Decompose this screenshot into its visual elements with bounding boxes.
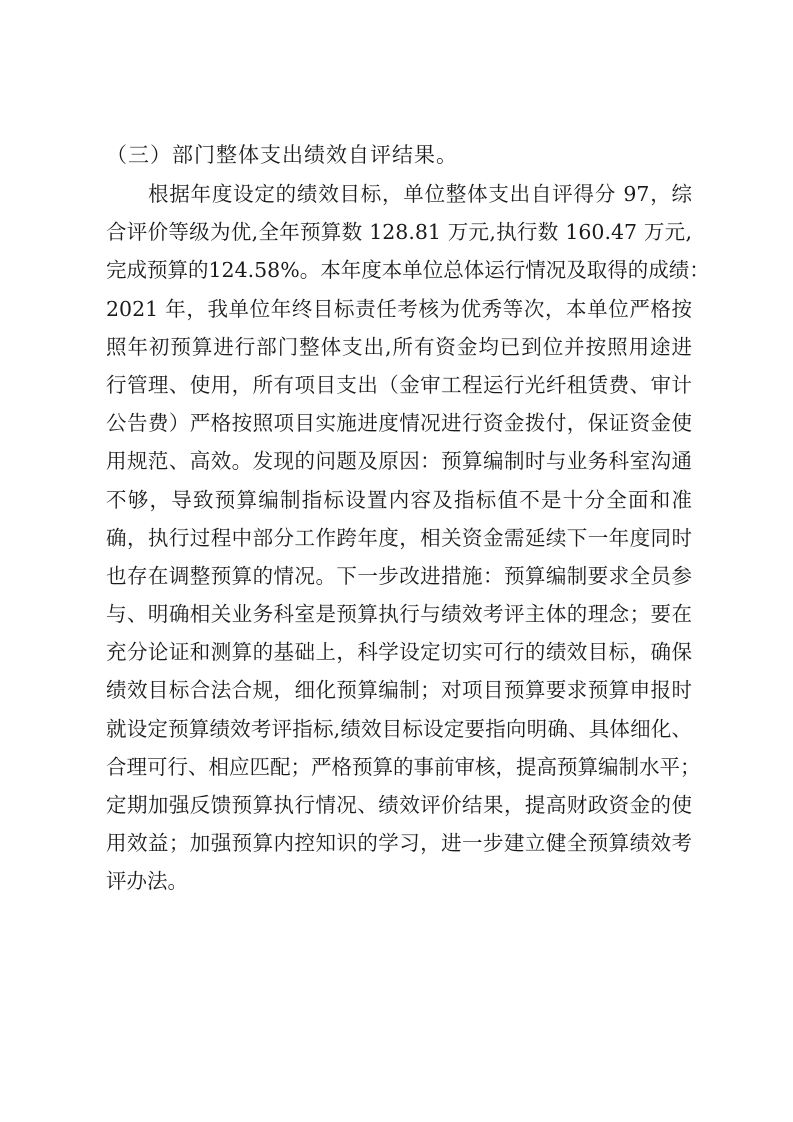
paragraph-line: 用规范、高效。发现的问题及原因：预算编制时与业务科室沟通 (106, 446, 692, 484)
paragraph-line: 2021 年，我单位年终目标责任考核为优秀等次，本单位严格按 (106, 294, 692, 332)
paragraph-line: 合评价等级为优,全年预算数 128.81 万元,执行数 160.47 万元, (106, 217, 692, 255)
paragraph-line: 充分论证和测算的基础上，科学设定切实可行的绩效目标，确保 (106, 637, 692, 675)
paragraph-line: 也存在调整预算的情况。下一步改进措施：预算编制要求全员参 (106, 561, 692, 599)
paragraph-line: 行管理、使用，所有项目支出（金审工程运行光纤租赁费、审计 (106, 370, 692, 408)
paragraph-line: 照年初预算进行部门整体支出,所有资金均已到位并按照用途进 (106, 332, 692, 370)
paragraph-line: 公告费）严格按照项目实施进度情况进行资金拨付，保证资金使 (106, 408, 692, 446)
paragraph-line: 与、明确相关业务科室是预算执行与绩效考评主体的理念；要在 (106, 599, 692, 637)
paragraph-body: 根据年度设定的绩效目标，单位整体支出自评得分 97，综 合评价等级为优,全年预算… (106, 179, 692, 905)
document-page: （三）部门整体支出绩效自评结果。 根据年度设定的绩效目标，单位整体支出自评得分 … (0, 0, 793, 1122)
paragraph-line: 就设定预算绩效考评指标,绩效目标设定要指向明确、具体细化、 (106, 714, 692, 752)
paragraph-line: 评办法。 (106, 866, 692, 904)
paragraph-line: 绩效目标合法合规，细化预算编制；对项目预算要求预算申报时 (106, 675, 692, 713)
paragraph-line: 根据年度设定的绩效目标，单位整体支出自评得分 97，综 (106, 179, 692, 217)
paragraph-line: 合理可行、相应匹配；严格预算的事前审核，提高预算编制水平； (106, 752, 692, 790)
paragraph-line: 确，执行过程中部分工作跨年度，相关资金需延续下一年度同时 (106, 523, 692, 561)
paragraph-line: 不够，导致预算编制指标设置内容及指标值不是十分全面和准 (106, 485, 692, 523)
paragraph-line: 用效益；加强预算内控知识的学习，进一步建立健全预算绩效考 (106, 828, 692, 866)
paragraph-line: 定期加强反馈预算执行情况、绩效评价结果，提高财政资金的使 (106, 790, 692, 828)
section-heading: （三）部门整体支出绩效自评结果。 (106, 140, 696, 170)
paragraph-line: 完成预算的124.58%。本年度本单位总体运行情况及取得的成绩： (106, 255, 692, 293)
